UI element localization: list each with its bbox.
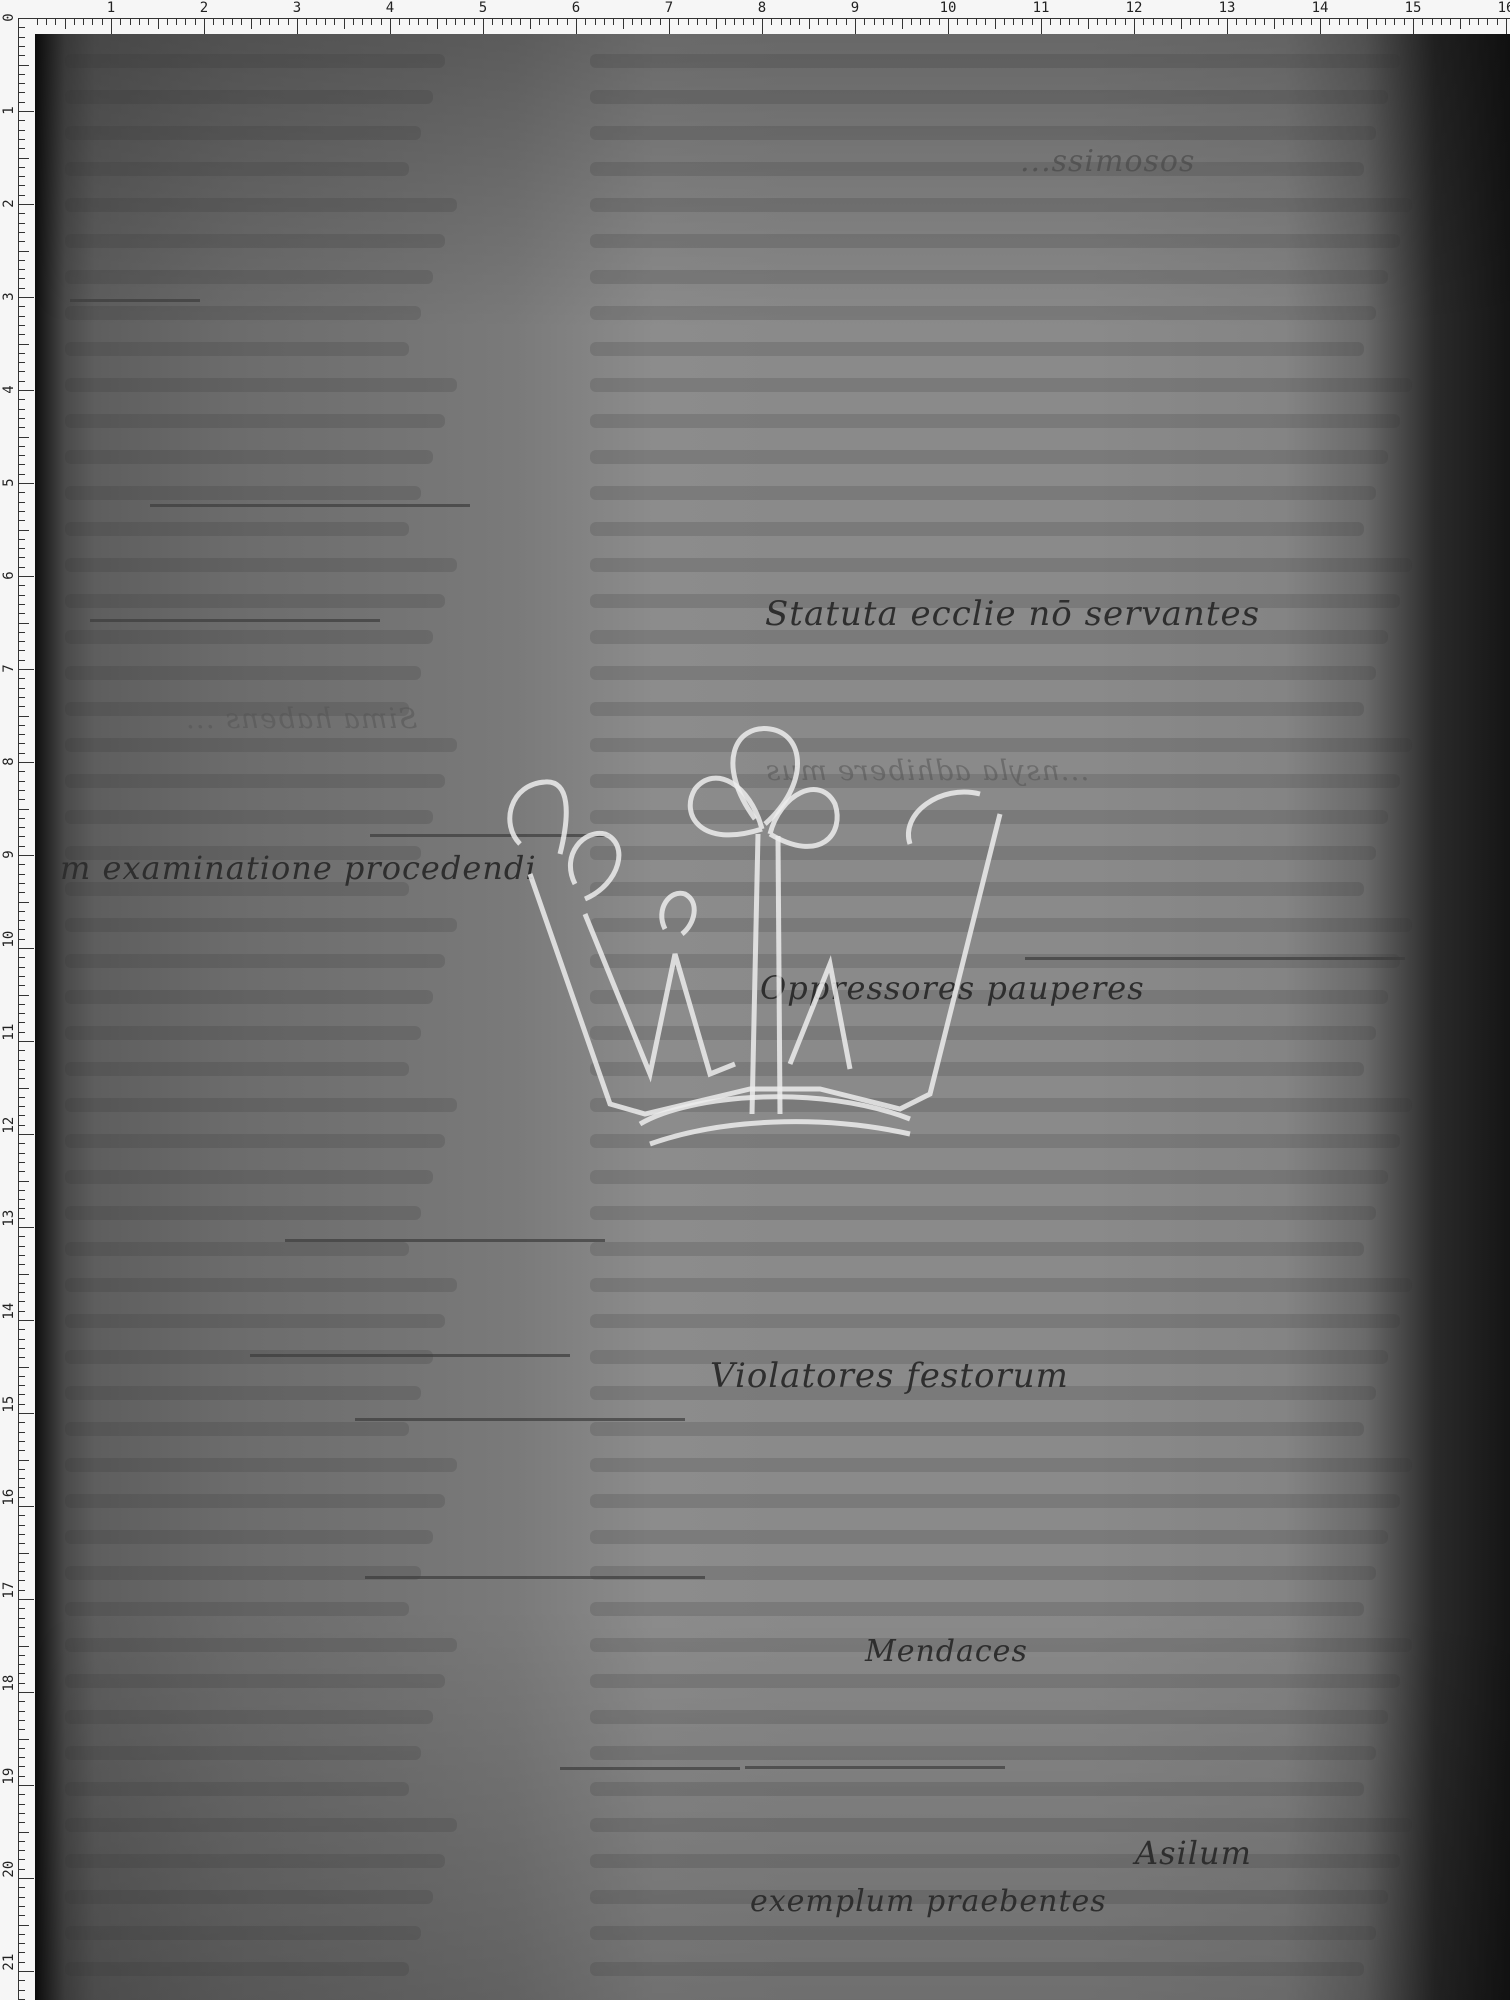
left-ruler-tick bbox=[18, 204, 34, 205]
left-ruler-tick bbox=[18, 1460, 29, 1461]
left-ruler-tick bbox=[18, 1181, 29, 1182]
left-ruler-tick bbox=[18, 1878, 34, 1879]
heading-left-2: m examinatione procedendi bbox=[60, 849, 537, 887]
top-ruler-tick bbox=[911, 18, 912, 25]
left-ruler-tick bbox=[18, 1311, 25, 1312]
top-ruler-tick bbox=[260, 18, 261, 25]
faint-text-line bbox=[590, 1710, 1388, 1724]
faint-text-line bbox=[65, 1710, 433, 1724]
top-ruler-tick bbox=[455, 18, 456, 25]
top-ruler-tick bbox=[316, 18, 317, 25]
left-ruler-tick bbox=[18, 158, 29, 159]
left-ruler-tick bbox=[18, 176, 25, 177]
left-ruler-label: 21 bbox=[1, 1954, 17, 1971]
left-ruler-tick bbox=[18, 371, 25, 372]
heading-right-7: Asilum bbox=[1135, 1834, 1252, 1872]
left-ruler-tick bbox=[18, 883, 25, 884]
left-ruler-tick bbox=[18, 92, 25, 93]
faint-text-line bbox=[65, 1206, 421, 1220]
top-ruler-label: 5 bbox=[479, 0, 487, 16]
faint-text-line bbox=[590, 1818, 1412, 1832]
left-ruler-tick bbox=[18, 390, 34, 391]
top-ruler-tick bbox=[1264, 18, 1265, 25]
top-ruler-tick bbox=[790, 18, 791, 25]
top-ruler-tick bbox=[334, 18, 335, 25]
left-ruler-tick bbox=[18, 1618, 25, 1619]
top-ruler-tick bbox=[167, 18, 168, 25]
left-ruler-tick bbox=[18, 1143, 25, 1144]
top-ruler-tick bbox=[1004, 18, 1005, 25]
left-ruler-tick bbox=[18, 678, 25, 679]
left-ruler-tick bbox=[18, 1822, 25, 1823]
faint-text-line bbox=[65, 1638, 457, 1652]
ruling-line bbox=[745, 1766, 1005, 1769]
left-ruler-tick bbox=[18, 1255, 25, 1256]
top-ruler-tick bbox=[948, 18, 949, 34]
left-ruler-tick bbox=[18, 864, 25, 865]
top-ruler-tick bbox=[939, 18, 940, 25]
left-ruler-label: 14 bbox=[1, 1303, 17, 1320]
top-ruler-tick bbox=[37, 18, 38, 25]
left-ruler-tick bbox=[18, 1739, 29, 1740]
faint-text-line bbox=[65, 990, 433, 1004]
left-ruler-tick bbox=[18, 1376, 25, 1377]
left-ruler-tick bbox=[18, 1069, 25, 1070]
top-ruler-tick bbox=[502, 18, 503, 25]
left-ruler-tick bbox=[18, 213, 25, 214]
top-ruler-tick bbox=[660, 18, 661, 25]
left-ruler-tick bbox=[18, 576, 34, 577]
left-ruler-tick bbox=[18, 874, 25, 875]
top-ruler-tick bbox=[585, 18, 586, 25]
top-ruler-tick bbox=[1097, 18, 1098, 25]
left-ruler-tick bbox=[18, 827, 25, 828]
top-ruler-tick bbox=[1153, 18, 1154, 25]
left-ruler-tick bbox=[18, 278, 25, 279]
left-ruler-tick bbox=[18, 334, 25, 335]
faint-text-line bbox=[65, 126, 421, 140]
left-ruler-tick bbox=[18, 1766, 25, 1767]
top-ruler-tick bbox=[139, 18, 140, 25]
heading-right-5: Violatores festorum bbox=[710, 1356, 1069, 1396]
left-ruler-tick bbox=[18, 1060, 25, 1061]
top-ruler-tick bbox=[1255, 18, 1256, 25]
top-ruler-tick bbox=[92, 18, 93, 25]
left-ruler-tick bbox=[18, 855, 34, 856]
top-ruler-tick bbox=[362, 18, 363, 25]
faint-text-line bbox=[590, 54, 1400, 68]
top-ruler-tick bbox=[595, 18, 596, 25]
top-ruler-tick bbox=[1078, 18, 1079, 25]
top-ruler-tick bbox=[548, 18, 549, 25]
left-ruler-tick bbox=[18, 1841, 25, 1842]
top-ruler-tick bbox=[520, 18, 521, 25]
crown-watermark-icon bbox=[490, 724, 1050, 1244]
left-ruler-tick bbox=[18, 818, 25, 819]
left-ruler-tick bbox=[18, 530, 29, 531]
top-ruler-label: 8 bbox=[758, 0, 766, 16]
top-ruler-tick bbox=[1506, 18, 1507, 34]
left-ruler-tick bbox=[18, 195, 25, 196]
left-ruler-tick bbox=[18, 1571, 25, 1572]
heading-left-1: Sima habens ... bbox=[185, 702, 418, 735]
top-ruler-tick bbox=[176, 18, 177, 25]
left-ruler-tick bbox=[18, 650, 25, 651]
left-ruler-tick bbox=[18, 1664, 25, 1665]
left-ruler-tick bbox=[18, 1906, 25, 1907]
top-ruler-tick bbox=[781, 18, 782, 25]
left-ruler-tick bbox=[18, 595, 25, 596]
top-ruler-tick bbox=[920, 18, 921, 25]
left-ruler-tick bbox=[18, 1887, 25, 1888]
top-ruler-tick bbox=[1301, 18, 1302, 25]
top-ruler-tick bbox=[976, 18, 977, 25]
left-ruler-label: 17 bbox=[1, 1582, 17, 1599]
ruling-line bbox=[70, 299, 200, 302]
left-ruler-tick bbox=[18, 1478, 25, 1479]
left-ruler-tick bbox=[18, 1450, 25, 1451]
left-ruler-tick bbox=[18, 1404, 25, 1405]
left-ruler-tick bbox=[18, 1627, 25, 1628]
top-ruler-label: 3 bbox=[293, 0, 301, 16]
faint-text-line bbox=[65, 954, 445, 968]
left-ruler-tick bbox=[18, 1925, 29, 1926]
left-ruler-tick bbox=[18, 1367, 29, 1368]
left-ruler-tick bbox=[18, 251, 29, 252]
faint-text-line bbox=[590, 1242, 1364, 1256]
top-ruler-tick bbox=[1236, 18, 1237, 25]
top-ruler-label: 2 bbox=[200, 0, 208, 16]
faint-text-line bbox=[590, 450, 1388, 464]
left-ruler-tick bbox=[18, 1190, 25, 1191]
top-ruler-tick bbox=[102, 18, 103, 25]
top-ruler: 012345678910111213141516 bbox=[0, 0, 1510, 34]
left-ruler-tick bbox=[18, 325, 25, 326]
top-ruler-tick bbox=[1246, 18, 1247, 25]
top-ruler-tick bbox=[576, 18, 577, 34]
top-ruler-tick bbox=[74, 18, 75, 25]
faint-text-line bbox=[590, 1602, 1364, 1616]
top-ruler-tick bbox=[1450, 18, 1451, 25]
top-ruler-tick bbox=[827, 18, 828, 25]
top-ruler-tick bbox=[706, 18, 707, 25]
left-ruler-tick bbox=[18, 1283, 25, 1284]
faint-text-line bbox=[65, 1170, 433, 1184]
faint-text-line bbox=[65, 342, 409, 356]
left-ruler-tick bbox=[18, 790, 25, 791]
top-ruler-tick bbox=[1487, 18, 1488, 25]
top-ruler-tick bbox=[288, 18, 289, 25]
left-ruler-tick bbox=[18, 911, 25, 912]
top-ruler-tick bbox=[1134, 18, 1135, 34]
top-ruler-tick bbox=[111, 18, 112, 34]
ruling-line bbox=[355, 1418, 685, 1421]
top-ruler-tick bbox=[678, 18, 679, 25]
faint-text-line bbox=[590, 522, 1364, 536]
ruling-line bbox=[560, 1767, 740, 1770]
faint-text-line bbox=[65, 378, 457, 392]
left-ruler-tick bbox=[18, 781, 25, 782]
ruling-line bbox=[90, 619, 380, 622]
left-ruler-tick bbox=[18, 1134, 34, 1135]
left-ruler-tick bbox=[18, 1729, 25, 1730]
left-ruler-tick bbox=[18, 1394, 25, 1395]
left-ruler-tick bbox=[18, 1088, 29, 1089]
faint-text-line bbox=[65, 414, 445, 428]
faint-text-line bbox=[65, 1350, 433, 1364]
left-ruler-tick bbox=[18, 892, 25, 893]
left-ruler-label: 5 bbox=[1, 478, 17, 486]
faint-text-line bbox=[65, 162, 409, 176]
left-ruler-label: 0 bbox=[1, 13, 17, 21]
top-ruler-tick bbox=[734, 18, 735, 25]
left-ruler-tick bbox=[18, 1701, 25, 1702]
left-ruler-label: 15 bbox=[1, 1396, 17, 1413]
top-ruler-tick bbox=[604, 18, 605, 25]
left-ruler-tick bbox=[18, 1078, 25, 1079]
faint-text-line bbox=[590, 558, 1412, 572]
top-ruler-tick bbox=[353, 18, 354, 25]
left-ruler-tick bbox=[18, 241, 25, 242]
top-ruler-tick bbox=[223, 18, 224, 25]
left-ruler-tick bbox=[18, 1580, 25, 1581]
faint-text-line bbox=[590, 702, 1364, 716]
top-ruler-tick bbox=[995, 18, 996, 29]
faint-text-line bbox=[590, 1566, 1376, 1580]
top-ruler-tick bbox=[957, 18, 958, 25]
left-ruler-tick bbox=[18, 623, 29, 624]
top-ruler-tick bbox=[1394, 18, 1395, 25]
left-ruler: 0123456789101112131415161718192021 bbox=[0, 0, 34, 2000]
top-ruler-tick bbox=[1218, 18, 1219, 25]
faint-text-line bbox=[65, 1278, 457, 1292]
faint-text-line bbox=[65, 270, 433, 284]
left-ruler-tick bbox=[18, 753, 25, 754]
top-ruler-label: 13 bbox=[1219, 0, 1236, 16]
faint-text-line bbox=[590, 162, 1364, 176]
faint-text-line bbox=[65, 1890, 433, 1904]
top-ruler-label: 15 bbox=[1405, 0, 1422, 16]
left-ruler-tick bbox=[18, 1915, 25, 1916]
left-ruler-tick bbox=[18, 362, 25, 363]
left-ruler-tick bbox=[18, 799, 25, 800]
left-ruler-tick bbox=[18, 1804, 25, 1805]
faint-text-line bbox=[65, 1782, 409, 1796]
faint-text-line bbox=[65, 1386, 421, 1400]
top-ruler-tick bbox=[892, 18, 893, 25]
faint-text-line bbox=[65, 1926, 421, 1940]
left-ruler-tick bbox=[18, 1776, 25, 1777]
top-ruler-tick bbox=[1376, 18, 1377, 25]
left-ruler-tick bbox=[18, 641, 25, 642]
top-ruler-tick bbox=[1032, 18, 1033, 25]
top-ruler-tick bbox=[1069, 18, 1070, 25]
top-ruler-tick bbox=[1190, 18, 1191, 25]
left-ruler-tick bbox=[18, 1236, 25, 1237]
faint-text-line bbox=[590, 486, 1376, 500]
left-ruler-tick bbox=[18, 1162, 25, 1163]
top-ruler-tick bbox=[771, 18, 772, 25]
top-ruler-tick bbox=[557, 18, 558, 25]
faint-text-line bbox=[65, 1422, 409, 1436]
left-ruler-tick bbox=[18, 232, 25, 233]
left-ruler-tick bbox=[18, 716, 29, 717]
faint-text-line bbox=[65, 558, 457, 572]
ruling-line bbox=[250, 1354, 570, 1357]
faint-text-line bbox=[590, 270, 1388, 284]
left-ruler-tick bbox=[18, 306, 25, 307]
top-ruler-tick bbox=[409, 18, 410, 25]
faint-text-line bbox=[590, 306, 1376, 320]
left-ruler-tick bbox=[18, 948, 34, 949]
top-ruler-tick bbox=[846, 18, 847, 25]
top-ruler-tick bbox=[539, 18, 540, 25]
faint-text-line bbox=[590, 1674, 1400, 1688]
left-ruler-tick bbox=[18, 1720, 25, 1721]
top-ruler-tick bbox=[1367, 18, 1368, 29]
left-ruler-tick bbox=[18, 1125, 25, 1126]
left-ruler-label: 11 bbox=[1, 1024, 17, 1041]
left-ruler-tick bbox=[18, 427, 25, 428]
faint-text-line bbox=[590, 1458, 1412, 1472]
top-ruler-label: 14 bbox=[1312, 0, 1329, 16]
left-ruler-label: 7 bbox=[1, 664, 17, 672]
heading-right-8: exemplum praebentes bbox=[750, 1884, 1107, 1919]
top-ruler-tick bbox=[437, 18, 438, 29]
left-ruler-tick bbox=[18, 1794, 25, 1795]
left-ruler-tick bbox=[18, 1348, 25, 1349]
left-ruler-tick bbox=[18, 511, 25, 512]
top-ruler-tick bbox=[929, 18, 930, 25]
faint-text-line bbox=[65, 1026, 421, 1040]
left-ruler-tick bbox=[18, 1850, 25, 1851]
left-ruler-tick bbox=[18, 957, 25, 958]
left-ruler-tick bbox=[18, 1292, 25, 1293]
top-ruler-tick bbox=[1125, 18, 1126, 25]
left-ruler-tick bbox=[18, 139, 25, 140]
faint-text-line bbox=[65, 1314, 445, 1328]
top-ruler-tick bbox=[427, 18, 428, 25]
top-ruler-tick bbox=[716, 18, 717, 29]
left-ruler-tick bbox=[18, 167, 25, 168]
faint-text-line bbox=[590, 234, 1400, 248]
left-ruler-label: 3 bbox=[1, 292, 17, 300]
top-ruler-tick bbox=[371, 18, 372, 25]
left-ruler-tick bbox=[18, 1246, 25, 1247]
left-ruler-tick bbox=[18, 1962, 25, 1963]
top-ruler-tick bbox=[864, 18, 865, 25]
left-ruler-tick bbox=[18, 1274, 29, 1275]
left-ruler-tick bbox=[18, 269, 25, 270]
faint-text-line bbox=[65, 1818, 457, 1832]
left-ruler-tick bbox=[18, 399, 25, 400]
left-ruler-tick bbox=[18, 1329, 25, 1330]
top-ruler-tick bbox=[1143, 18, 1144, 25]
top-ruler-tick bbox=[985, 18, 986, 25]
left-ruler-tick bbox=[18, 697, 25, 698]
left-ruler-tick bbox=[18, 557, 25, 558]
left-ruler-tick bbox=[18, 1115, 25, 1116]
left-ruler-tick bbox=[18, 46, 25, 47]
left-ruler-tick bbox=[18, 1553, 29, 1554]
top-ruler-tick bbox=[641, 18, 642, 25]
left-ruler-tick bbox=[18, 1357, 25, 1358]
left-ruler-tick bbox=[18, 474, 25, 475]
faint-text-line bbox=[590, 1314, 1400, 1328]
top-ruler-label: 4 bbox=[386, 0, 394, 16]
top-ruler-tick bbox=[130, 18, 131, 25]
left-ruler-tick bbox=[18, 223, 25, 224]
faint-text-line bbox=[65, 54, 445, 68]
top-ruler-tick bbox=[232, 18, 233, 25]
left-ruler-tick bbox=[18, 1227, 34, 1228]
left-ruler-tick bbox=[18, 455, 25, 456]
faint-text-line bbox=[65, 1062, 409, 1076]
top-ruler-tick bbox=[483, 18, 484, 34]
left-ruler-tick bbox=[18, 65, 29, 66]
faint-text-line bbox=[65, 774, 445, 788]
left-ruler-tick bbox=[18, 836, 25, 837]
top-ruler-tick bbox=[1013, 18, 1014, 25]
top-ruler-tick bbox=[1404, 18, 1405, 25]
faint-text-line bbox=[65, 306, 421, 320]
left-ruler-tick bbox=[18, 502, 25, 503]
faint-text-line bbox=[65, 234, 445, 248]
left-ruler-tick bbox=[18, 1106, 25, 1107]
left-ruler-tick bbox=[18, 1208, 25, 1209]
faint-text-line bbox=[65, 1098, 457, 1112]
top-ruler-tick bbox=[1050, 18, 1051, 25]
top-ruler-tick bbox=[269, 18, 270, 25]
top-ruler-tick bbox=[1339, 18, 1340, 25]
top-ruler-tick bbox=[241, 18, 242, 25]
top-ruler-tick bbox=[688, 18, 689, 25]
faint-text-line bbox=[590, 414, 1400, 428]
top-ruler-tick bbox=[1441, 18, 1442, 25]
top-ruler-tick bbox=[418, 18, 419, 25]
top-ruler-tick bbox=[399, 18, 400, 25]
left-ruler-tick bbox=[18, 725, 25, 726]
left-ruler-tick bbox=[18, 1534, 25, 1535]
top-ruler-tick bbox=[1329, 18, 1330, 25]
left-ruler-tick bbox=[18, 297, 34, 298]
left-ruler-tick bbox=[18, 809, 29, 810]
top-ruler-tick bbox=[1469, 18, 1470, 25]
left-ruler-tick bbox=[18, 1683, 25, 1684]
top-ruler-tick bbox=[1497, 18, 1498, 25]
left-ruler-tick bbox=[18, 1264, 25, 1265]
top-ruler-tick bbox=[1432, 18, 1433, 25]
faint-text-line bbox=[590, 1746, 1376, 1760]
faint-text-line bbox=[590, 666, 1376, 680]
top-ruler-tick bbox=[1413, 18, 1414, 34]
faint-text-line bbox=[590, 342, 1364, 356]
left-ruler-tick bbox=[18, 1859, 25, 1860]
heading-right-6: Mendaces bbox=[865, 1634, 1028, 1669]
faint-text-line bbox=[590, 378, 1412, 392]
faint-text-line bbox=[65, 1674, 445, 1688]
faint-text-line bbox=[65, 1242, 409, 1256]
top-ruler-tick bbox=[836, 18, 837, 25]
top-ruler-tick bbox=[251, 18, 252, 29]
top-ruler-tick bbox=[1311, 18, 1312, 25]
left-ruler-tick bbox=[18, 185, 25, 186]
top-ruler-tick bbox=[1022, 18, 1023, 25]
top-ruler-tick bbox=[464, 18, 465, 25]
left-ruler-tick bbox=[18, 1813, 25, 1814]
top-ruler-tick bbox=[623, 18, 624, 29]
left-ruler-tick bbox=[18, 604, 25, 605]
